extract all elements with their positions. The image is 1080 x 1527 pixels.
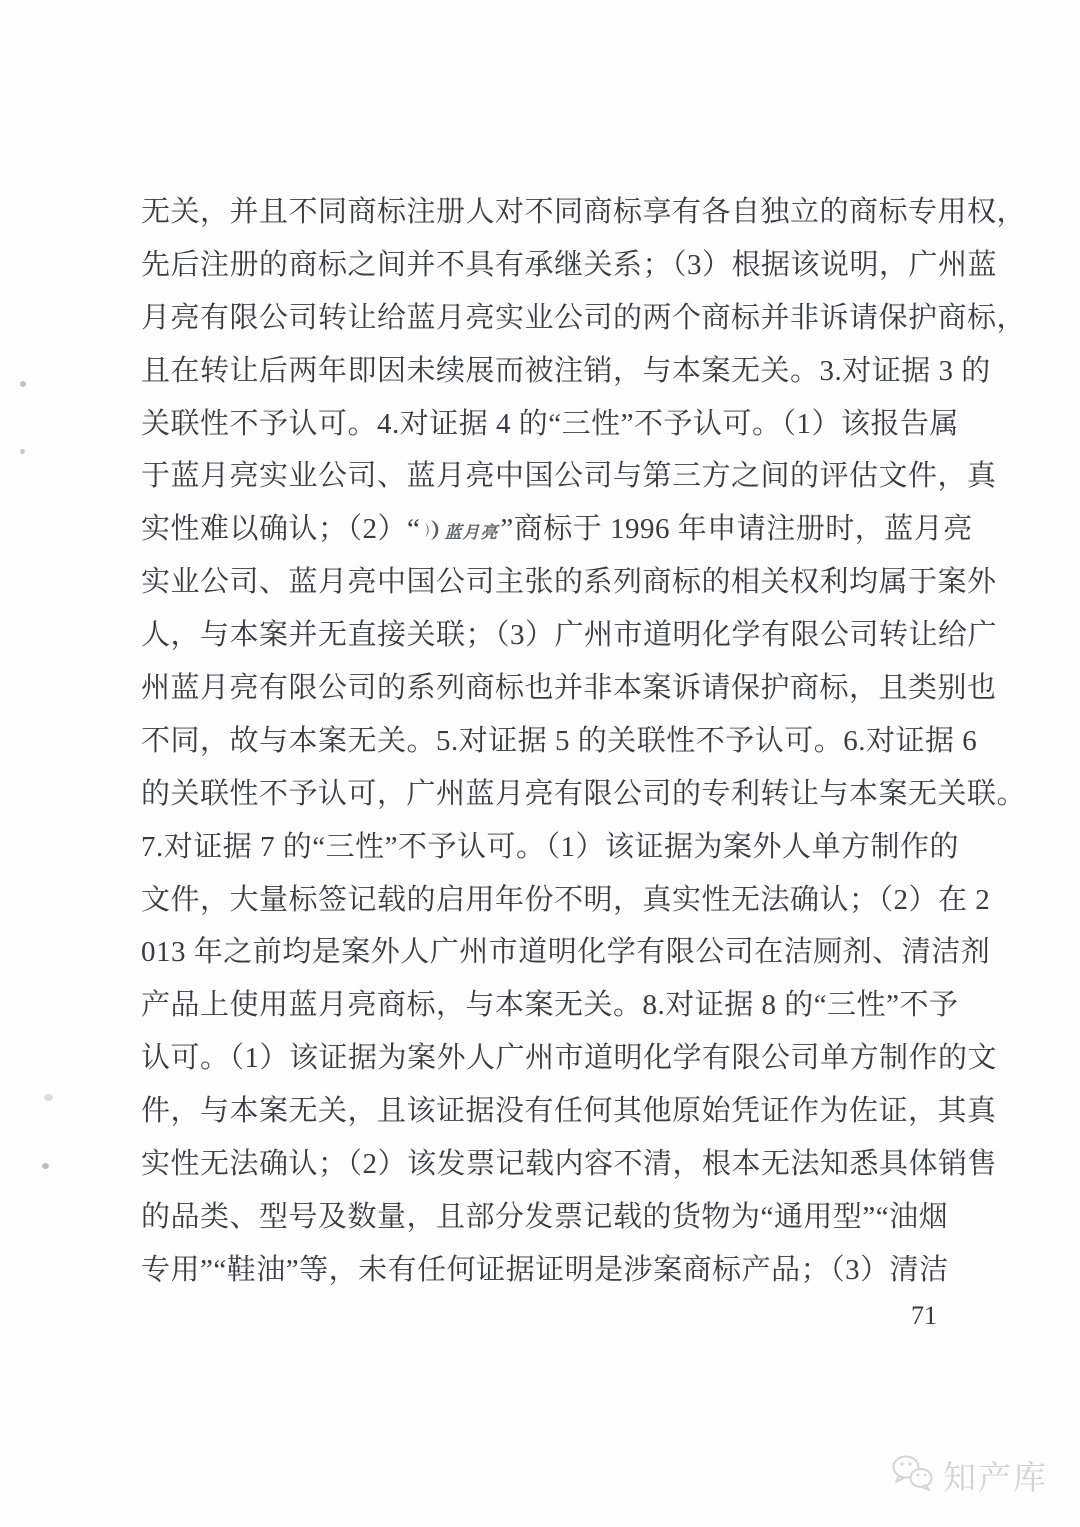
- blue-moon-logo-text: 蓝月亮: [444, 507, 498, 560]
- scan-artifact-dot: [44, 1094, 53, 1101]
- text-line-with-logo: 实性难以确认；（2）“蓝月亮”商标于 1996 年申请注册时，蓝月亮: [141, 503, 941, 556]
- text-line: 产品上使用蓝月亮商标，与本案无关。8.对证据 8 的“三性”不予: [141, 979, 941, 1032]
- text-line: 文件，大量标签记载的启用年份不明，真实性无法确认；（2）在 2: [141, 874, 941, 927]
- text-segment: ”商标于 1996 年申请注册时，蓝月亮: [500, 513, 972, 545]
- text-line: 013 年之前均是案外人广州市道明化学有限公司在洁厕剂、清洁剂: [141, 926, 941, 979]
- text-line: 于蓝月亮实业公司、蓝月亮中国公司与第三方之间的评估文件，真: [141, 450, 941, 503]
- text-line: 且在转让后两年即因未续展而被注销，与本案无关。3.对证据 3 的: [141, 345, 941, 398]
- wechat-icon: [891, 1453, 937, 1498]
- text-line: 的品类、型号及数量，且部分发票记载的货物为“通用型”“油烟: [141, 1191, 941, 1244]
- text-line: 认可。（1）该证据为案外人广州市道明化学有限公司单方制作的文: [141, 1032, 941, 1085]
- watermark: 知产库: [891, 1452, 1048, 1499]
- text-line: 月亮有限公司转让给蓝月亮实业公司的两个商标并非诉请保护商标，: [141, 292, 941, 345]
- text-line: 专用”“鞋油”等，未有任何证据证明是涉案商标产品；（3）清洁: [141, 1244, 941, 1297]
- scan-artifact-dot: [20, 381, 26, 387]
- blue-moon-trademark-logo: 蓝月亮: [422, 503, 498, 560]
- scan-artifact-dot: [20, 449, 25, 454]
- text-line: 先后注册的商标之间并不具有承继关系；（3）根据该说明，广州蓝: [141, 239, 941, 292]
- text-line: 实性无法确认；（2）该发票记载内容不清，根本无法知悉具体销售: [141, 1138, 941, 1191]
- watermark-text: 知产库: [943, 1452, 1048, 1499]
- text-line: 实业公司、蓝月亮中国公司主张的系列商标的相关权利均属于案外: [141, 556, 941, 609]
- document-body: 无关，并且不同商标注册人对不同商标享有各自独立的商标专用权， 先后注册的商标之间…: [141, 186, 941, 1297]
- scan-artifact-dot: [42, 1163, 49, 1169]
- text-line: 关联性不予认可。4.对证据 4 的“三性”不予认可。（1）该报告属: [141, 398, 941, 451]
- text-segment: 实性难以确认；（2）“: [141, 513, 420, 545]
- text-line: 人，与本案并无直接关联；（3）广州市道明化学有限公司转让给广: [141, 609, 941, 662]
- text-line: 的关联性不予认可，广州蓝月亮有限公司的专利转让与本案无关联。: [141, 768, 941, 821]
- text-line: 7.对证据 7 的“三性”不予认可。（1）该证据为案外人单方制作的: [141, 821, 941, 874]
- text-line: 无关，并且不同商标注册人对不同商标享有各自独立的商标专用权，: [141, 186, 941, 239]
- text-line: 州蓝月亮有限公司的系列商标也并非本案诉请保护商标，且类别也: [141, 662, 941, 715]
- text-line: 不同，故与本案无关。5.对证据 5 的关联性不予认可。6.对证据 6: [141, 715, 941, 768]
- blue-moon-logo-icon: [422, 506, 442, 559]
- scanned-document-page: 无关，并且不同商标注册人对不同商标享有各自独立的商标专用权， 先后注册的商标之间…: [0, 0, 1080, 1527]
- text-line: 件，与本案无关，且该证据没有任何其他原始凭证作为佐证，其真: [141, 1085, 941, 1138]
- page-number: 71: [911, 1301, 937, 1331]
